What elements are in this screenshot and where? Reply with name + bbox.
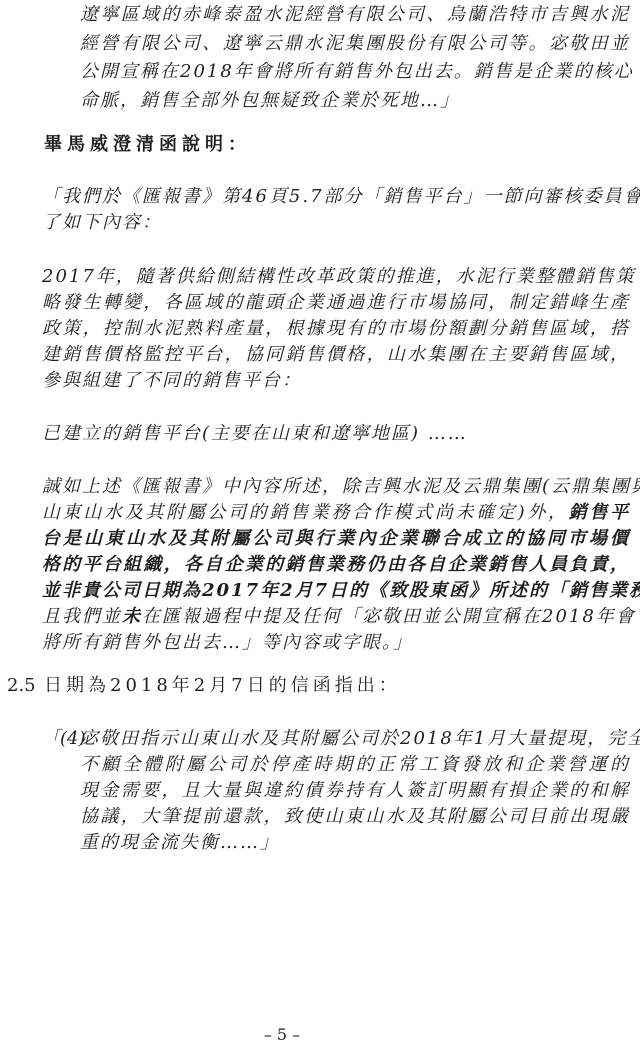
text-line: 協議，大筆提前還款，致使山東山水及其附屬公司目前出現嚴 (80, 804, 630, 830)
text-line: 2017年，隨著供給側結構性改革政策的推進，水泥行業整體銷售策 (42, 264, 630, 290)
text-line: 政策，控制水泥熟料產量，根據現有的市場份額劃分銷售區域，搭 (42, 316, 630, 342)
letter-quote-paragraph: 宓敬田指示山東山水及其附屬公司於2018年1月大量提現，完全 不顧全體附屬公司於… (80, 726, 630, 856)
text-segment: 在匯報過程中提及任何「宓敬田並公開宣稱在2018年會 (142, 606, 636, 627)
text-line: 建銷售價格監控平台，協同銷售價格，山水集團在主要銷售區域， (42, 342, 630, 368)
section-number: 2.5 (7, 673, 36, 699)
text-line: 山東山水及其附屬公司的銷售業務合作模式尚未確定)外，銷售平 (42, 500, 630, 526)
quote-continuation-paragraph: 遼寧區域的赤峰泰盈水泥經營有限公司、烏蘭浩特市吉興水泥 經營有限公司、遼寧云鼎水… (80, 1, 630, 115)
text-line: 宓敬田指示山東山水及其附屬公司於2018年1月大量提現，完全 (80, 726, 630, 752)
text-line: 並非貴公司日期為2017年2月7日的《致股東函》所述的「銷售業務外包」， (42, 578, 630, 604)
bold-text-line: 格的平台組織，各自企業的銷售業務仍由各自企業銷售人員負責， (42, 552, 630, 578)
text-segment: 山東山水及其附屬公司的銷售業務合作模式尚未確定)外， (42, 502, 569, 523)
bold-text-line: 台是山東山水及其附屬公司與行業內企業聯合成立的協同市場價 (42, 526, 630, 552)
text-line: 已建立的銷售平台(主要在山東和遼寧地區) …… (42, 421, 630, 447)
kpmg-quote-body-paragraph: 2017年，隨著供給側結構性改革政策的推進，水泥行業整體銷售策 略發生轉變，各區… (42, 264, 630, 394)
text-line: 略發生轉變，各區域的龍頭企業通過進行市場協同，制定錯峰生產 (42, 290, 630, 316)
section-heading: 畢馬威澄清函說明： (44, 132, 251, 158)
kpmg-quote-conclusion-paragraph: 誠如上述《匯報書》中內容所述，除吉興水泥及云鼎集團(云鼎集團與 山東山水及其附屬… (42, 474, 630, 656)
text-line: 不顧全體附屬公司於停產時期的正常工資發放和企業營運的 (80, 752, 630, 778)
text-line: 參與組建了不同的銷售平台： (42, 368, 630, 394)
text-line: 經營有限公司、遼寧云鼎水泥集團股份有限公司等。宓敬田並 (80, 30, 630, 59)
text-line: 「我們於《匯報書》第46頁5.7部分「銷售平台」一節向審核委員會匯報 (42, 184, 630, 210)
text-line: 了如下內容： (42, 210, 630, 236)
kpmg-quote-platforms-paragraph: 已建立的銷售平台(主要在山東和遼寧地區) …… (42, 421, 630, 447)
bold-text-segment: 並非貴公司日期為2017年2月7日的《致股東函》所述的「銷售業務外包」 (42, 580, 640, 601)
text-line: 重的現金流失衡……」 (80, 830, 630, 856)
text-line: 誠如上述《匯報書》中內容所述，除吉興水泥及云鼎集團(云鼎集團與 (42, 474, 630, 500)
bold-text-segment: 銷售平 (569, 502, 630, 523)
section-text: 日期為2018年2月7日的信函指出： (44, 673, 401, 699)
text-segment: 且我們並 (42, 606, 122, 627)
text-line: 將所有銷售外包出去…」等內容或字眼。」 (42, 630, 630, 656)
bold-text-segment: 未 (122, 606, 142, 627)
quote-item-marker: 「(4) (42, 726, 86, 752)
text-line: 公開宣稱在2018年會將所有銷售外包出去。銷售是企業的核心 (80, 58, 630, 87)
page-number: – 5 – (250, 1022, 314, 1047)
text-line: 現金需要，且大量與違約債券持有人簽訂明顯有損企業的和解 (80, 778, 630, 804)
text-line: 命脈，銷售全部外包無疑致企業於死地…」 (80, 87, 630, 116)
kpmg-quote-intro-paragraph: 「我們於《匯報書》第46頁5.7部分「銷售平台」一節向審核委員會匯報 了如下內容… (42, 184, 630, 236)
text-line: 且我們並未在匯報過程中提及任何「宓敬田並公開宣稱在2018年會 (42, 604, 630, 630)
text-line: 遼寧區域的赤峰泰盈水泥經營有限公司、烏蘭浩特市吉興水泥 (80, 1, 630, 30)
